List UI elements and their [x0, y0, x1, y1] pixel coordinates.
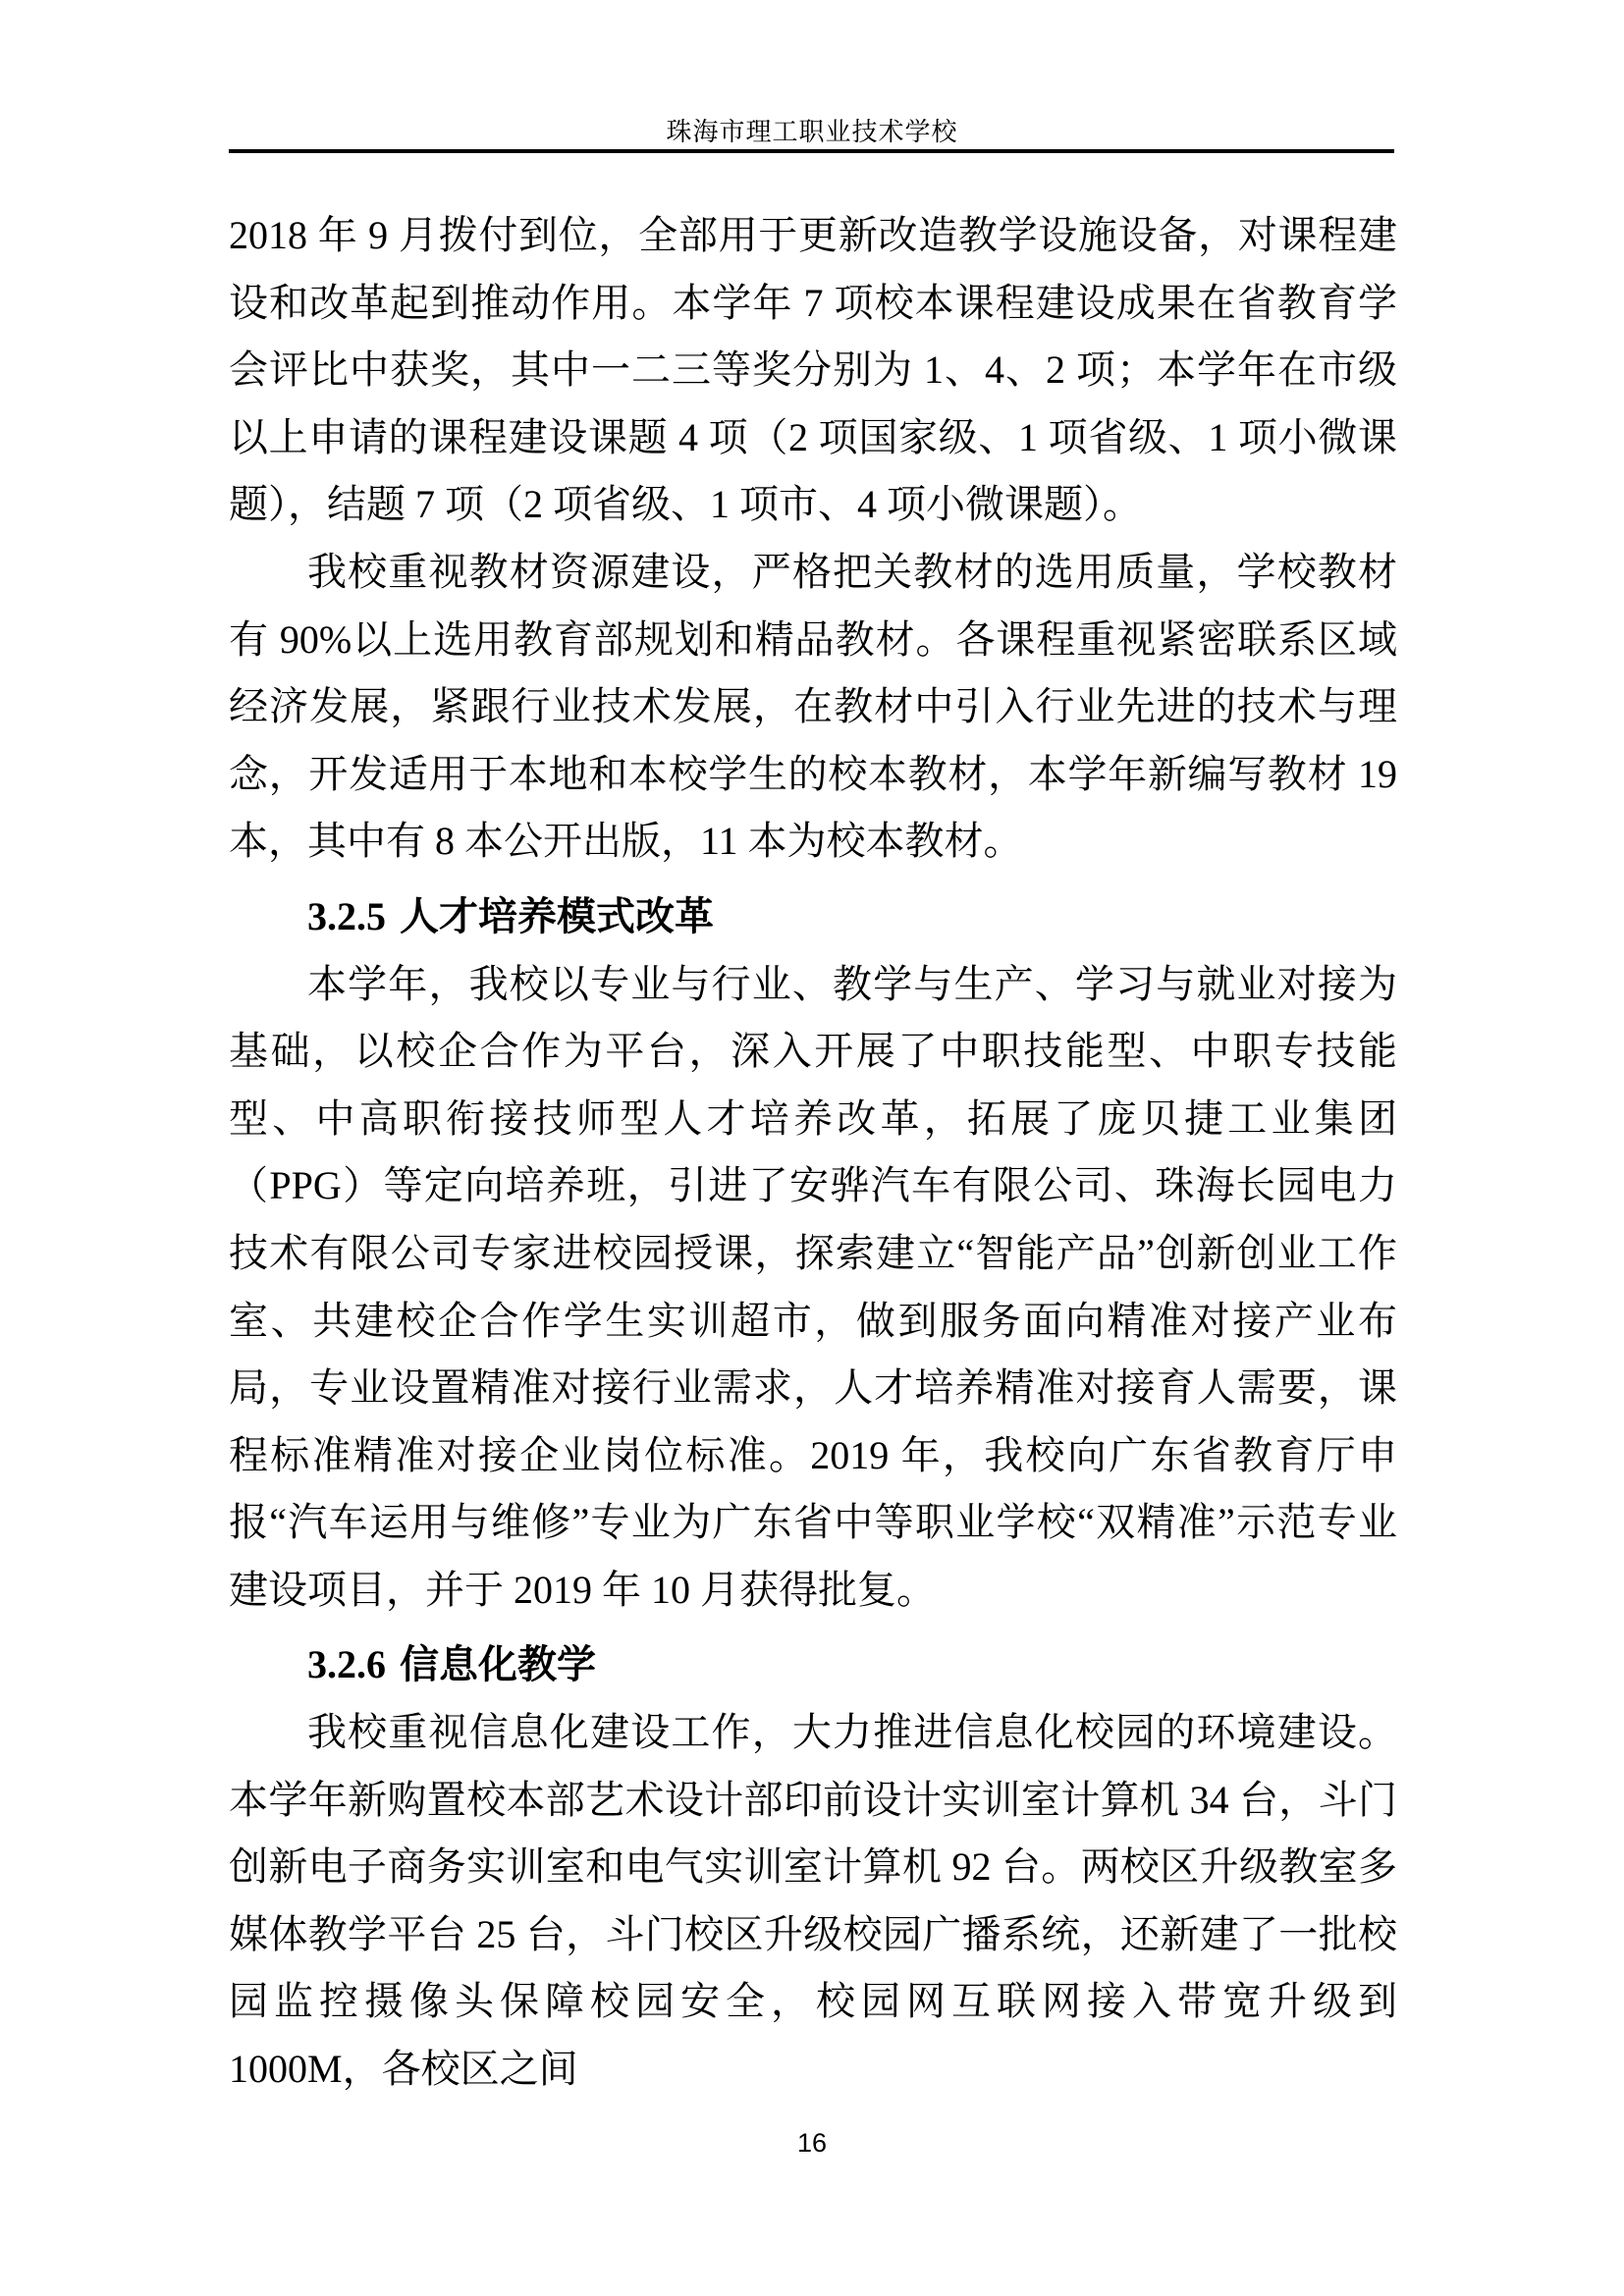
- paragraph-textbook-resources: 我校重视教材资源建设，严格把关教材的选用质量，学校教材有 90%以上选用教育部规…: [229, 539, 1397, 876]
- section-heading-3-2-6: 3.2.6信息化教学: [229, 1631, 1397, 1699]
- paragraph-informatization: 我校重视信息化建设工作，大力推进信息化校园的环境建设。本学年新购置校本部艺术设计…: [229, 1699, 1397, 2104]
- page-number: 16: [0, 2128, 1624, 2159]
- document-body: 2018 年 9 月拨付到位，全部用于更新改造教学设施设备，对课程建设和改革起到…: [229, 202, 1397, 2104]
- document-page: 珠海市理工职业技术学校 2018 年 9 月拨付到位，全部用于更新改造教学设施设…: [0, 0, 1624, 2296]
- header-school-name: 珠海市理工职业技术学校: [0, 112, 1624, 148]
- section-number: 3.2.6: [307, 1642, 386, 1686]
- section-number: 3.2.5: [307, 894, 386, 938]
- paragraph-talent-cultivation: 本学年，我校以专业与行业、教学与生产、学习与就业对接为基础，以校企合作为平台，深…: [229, 951, 1397, 1625]
- header-rule: [229, 149, 1394, 153]
- paragraph-course-funding: 2018 年 9 月拨付到位，全部用于更新改造教学设施设备，对课程建设和改革起到…: [229, 202, 1397, 539]
- section-title: 信息化教学: [400, 1642, 596, 1686]
- section-title: 人才培养模式改革: [400, 894, 714, 938]
- section-heading-3-2-5: 3.2.5人才培养模式改革: [229, 883, 1397, 951]
